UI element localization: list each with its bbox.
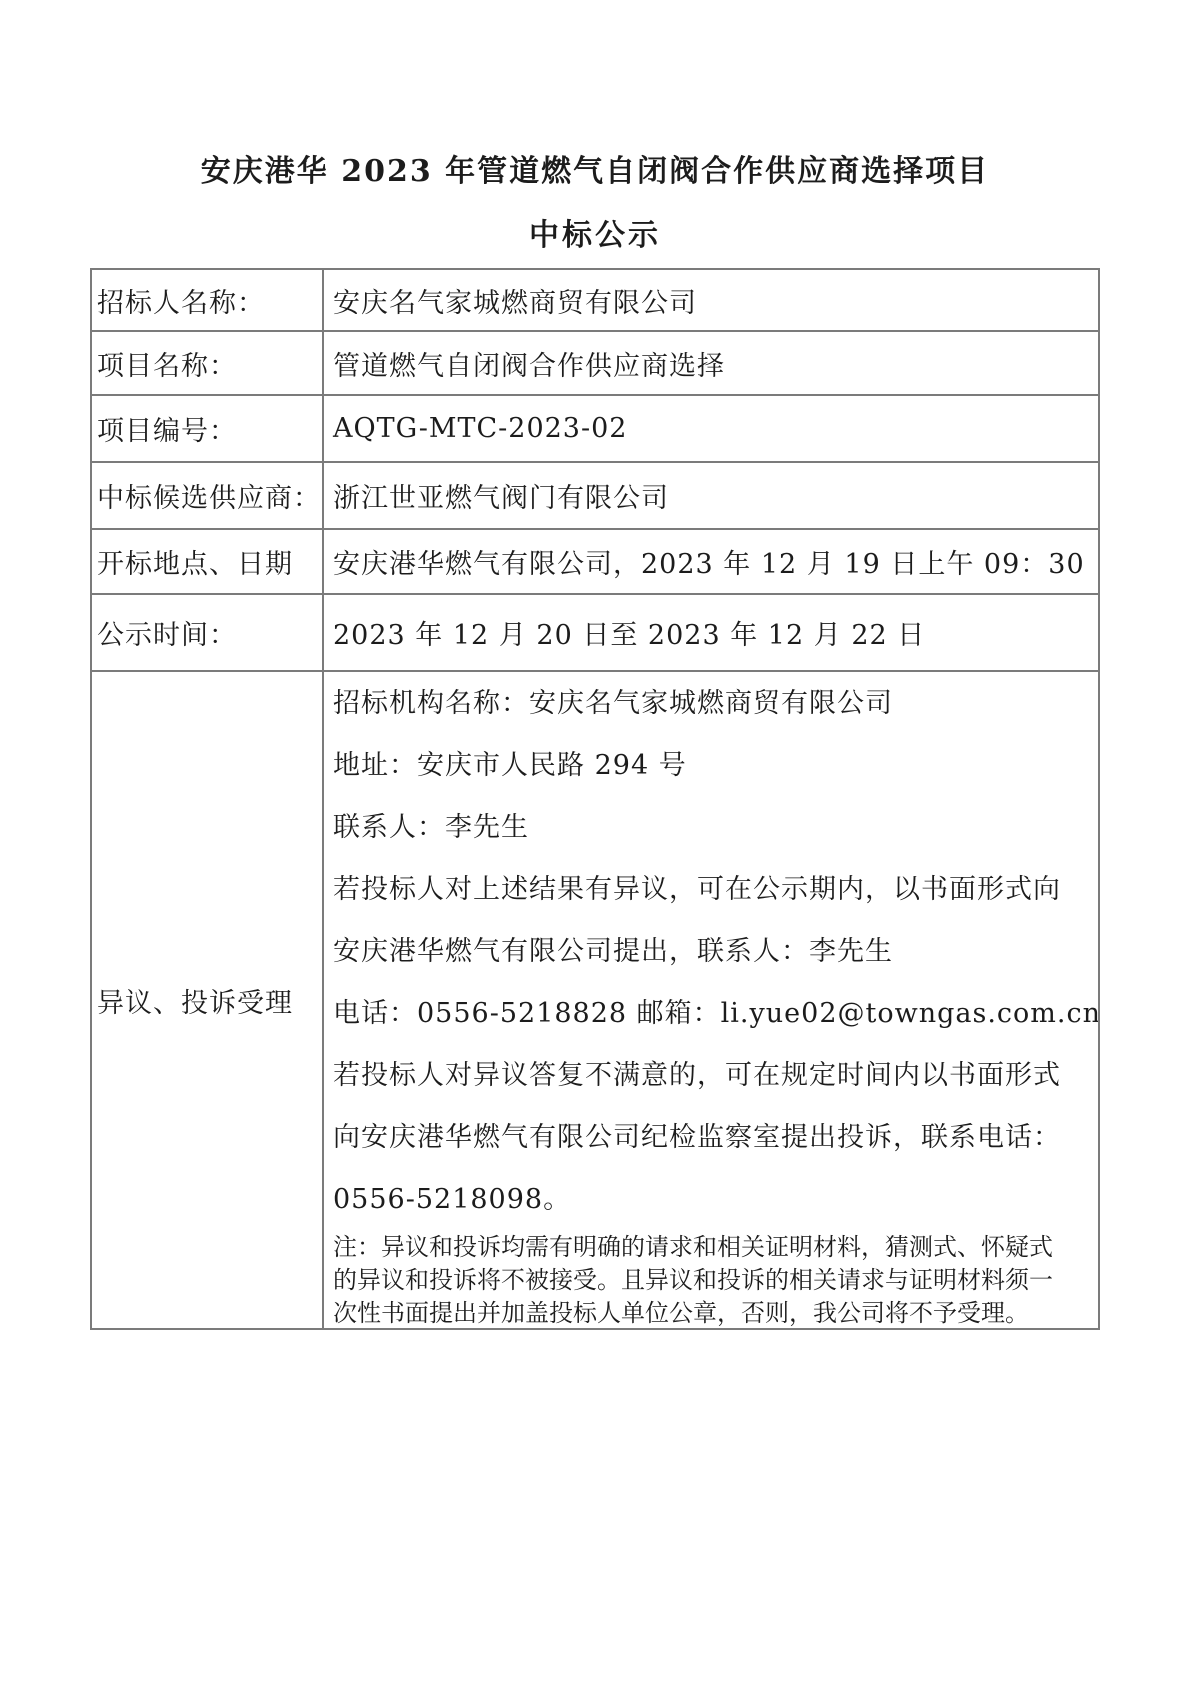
objection-line: 向安庆港华燃气有限公司纪检监察室提出投诉，联系电话： <box>333 1107 1098 1169</box>
row-value: 2023 年 12 月 20 日至 2023 年 12 月 22 日 <box>324 595 1098 670</box>
table-row-opening-place-date: 开标地点、日期 安庆港华燃气有限公司，2023 年 12 月 19 日上午 09… <box>92 530 1098 595</box>
table-row-tenderer: 招标人名称： 安庆名气家城燃商贸有限公司 <box>92 270 1098 332</box>
table-row-publicity-period: 公示时间： 2023 年 12 月 20 日至 2023 年 12 月 22 日 <box>92 595 1098 672</box>
table-row-project-number: 项目编号： AQTG-MTC-2023-02 <box>92 396 1098 463</box>
objection-line: 地址：安庆市人民路 294 号 <box>333 735 1098 797</box>
objection-note: 注：异议和投诉均需有明确的请求和相关证明材料，猜测式、怀疑式 的异议和投诉将不被… <box>333 1231 1098 1328</box>
note-line: 的异议和投诉将不被接受。且异议和投诉的相关请求与证明材料须一 <box>333 1264 1098 1297</box>
objection-line: 0556-5218098。 <box>333 1169 1098 1231</box>
row-label: 项目编号： <box>92 396 324 461</box>
row-value: 安庆港华燃气有限公司，2023 年 12 月 19 日上午 09：30 <box>324 530 1098 593</box>
row-label: 异议、投诉受理 <box>92 672 324 1328</box>
row-value: AQTG-MTC-2023-02 <box>324 396 1098 461</box>
table-row-objection: 异议、投诉受理 招标机构名称：安庆名气家城燃商贸有限公司 地址：安庆市人民路 2… <box>92 672 1098 1328</box>
objection-line: 电话：0556-5218828 邮箱：li.yue02@towngas.com.… <box>333 983 1098 1045</box>
row-label: 项目名称： <box>92 332 324 394</box>
objection-line: 若投标人对异议答复不满意的，可在规定时间内以书面形式 <box>333 1045 1098 1107</box>
table-row-winning-supplier: 中标候选供应商： 浙江世亚燃气阀门有限公司 <box>92 463 1098 530</box>
document-page: 安庆港华 2023 年管道燃气自闭阀合作供应商选择项目 中标公示 招标人名称： … <box>0 0 1190 1683</box>
note-line: 注：异议和投诉均需有明确的请求和相关证明材料，猜测式、怀疑式 <box>333 1231 1098 1264</box>
note-line: 次性书面提出并加盖投标人单位公章，否则，我公司将不予受理。 <box>333 1297 1098 1328</box>
row-label: 公示时间： <box>92 595 324 670</box>
row-value: 管道燃气自闭阀合作供应商选择 <box>324 332 1098 394</box>
row-label: 开标地点、日期 <box>92 530 324 593</box>
table-row-project-name: 项目名称： 管道燃气自闭阀合作供应商选择 <box>92 332 1098 396</box>
objection-line: 安庆港华燃气有限公司提出，联系人：李先生 <box>333 921 1098 983</box>
doc-subtitle: 中标公示 <box>0 214 1190 258</box>
objection-line: 招标机构名称：安庆名气家城燃商贸有限公司 <box>333 673 1098 735</box>
row-value: 安庆名气家城燃商贸有限公司 <box>324 270 1098 330</box>
row-label: 中标候选供应商： <box>92 463 324 528</box>
objection-line: 若投标人对上述结果有异议，可在公示期内，以书面形式向 <box>333 859 1098 921</box>
row-label: 招标人名称： <box>92 270 324 330</box>
objection-content: 招标机构名称：安庆名气家城燃商贸有限公司 地址：安庆市人民路 294 号 联系人… <box>324 672 1098 1328</box>
row-value: 浙江世亚燃气阀门有限公司 <box>324 463 1098 528</box>
announcement-table: 招标人名称： 安庆名气家城燃商贸有限公司 项目名称： 管道燃气自闭阀合作供应商选… <box>90 268 1100 1330</box>
doc-title: 安庆港华 2023 年管道燃气自闭阀合作供应商选择项目 <box>0 150 1190 194</box>
objection-line: 联系人：李先生 <box>333 797 1098 859</box>
